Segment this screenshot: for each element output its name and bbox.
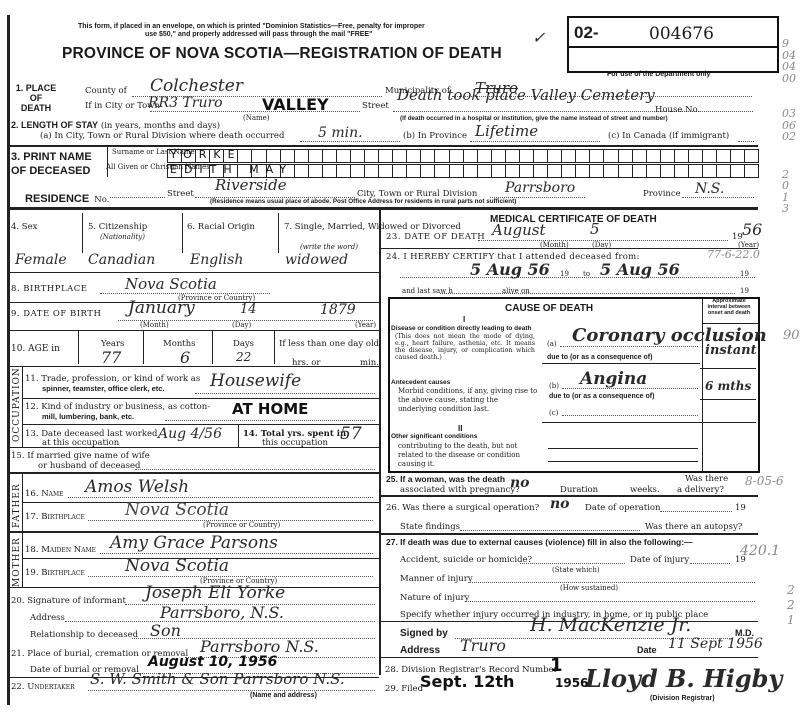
cause-b-value: Angina [580,369,647,389]
street-value: Death took place Valley Cemetery [397,86,655,104]
dept-note: For use of the Department only [607,71,710,78]
part-one: I [463,315,465,324]
house-no-label: House No. [655,105,700,115]
margin-code-420: 420.1 [740,543,780,559]
physician-date-label: Date [637,645,657,655]
pregnancy-value: no [510,475,530,491]
cause-a-interval: instant [705,343,757,358]
date-of-death-label: 23. DATE OF DEATH [386,232,485,242]
mother-name-label: 18. Maiden Name [25,545,96,555]
undertaker-value: S. W. Smith & Son Parrsboro N.S. [90,670,345,688]
spouse-label-1: 15. If married give name of wife [11,451,150,461]
margin-code-1: 1 [787,613,795,627]
mother-side-label: MOTHER [12,537,22,587]
less-than-day-label: If less than one day old [279,339,379,349]
margin-codes: 9 04 04 00 03 06 02 2 0 1 3 [782,38,800,215]
registrar-hint: (Division Registrar) [650,695,715,702]
physician-date-value: 11 Sept 1956 [668,636,763,652]
undertaker-hint: (Name and address) [250,692,317,699]
weeks-label: weeks. [630,485,660,495]
industry-value: AT HOME [232,400,308,418]
surname-boxes [167,149,759,163]
city-value: RR3 Truro [148,95,223,111]
pregnancy-label-2: associated with pregnancy? [400,485,520,495]
residence-province-label: Province [643,189,681,199]
trade-value: Housewife [210,371,301,391]
industry-label-1: 12. Kind of industry or business, as cot… [25,402,210,412]
undertaker-label: 22. Undertaker [11,682,75,692]
physician-address-value: Truro [460,636,506,655]
page-left-edge [7,15,10,705]
filed-year: 1956 [555,676,588,690]
burial-date-value: August 10, 1956 [148,654,277,670]
informant-signature-value: Joseph Eli Yorke [145,583,285,603]
residence-street-label: Street [167,189,194,199]
surname-label: Surname or Last Name [112,148,164,156]
accident-label: Accident, suicide or homicide? [400,555,532,565]
father-birthplace-value: Nova Scotia [125,500,229,520]
father-birthplace-label: 17. Birthplace [25,512,85,522]
stay-canada-label: (c) In Canada (if immigrant) [608,131,729,141]
nature-label: Nature of injury [400,593,469,603]
dob-label: 9. DATE OF BIRTH [11,309,101,319]
citizenship-value: Canadian [88,252,155,268]
county-value: Colchester [150,76,243,96]
citizenship-label: 5. Citizenship [88,222,147,232]
informant-address-value: Parrsboro, N.S. [160,603,284,622]
delivery-label-2: a delivery? [677,485,724,495]
residence-street-value: Riverside [215,176,287,194]
death-day: 5 [590,220,600,238]
direct-cause-note: (This does not mean the mode of dying, e… [395,333,535,361]
mail-notice-1: This form, if placed in an envelope, on … [78,23,425,30]
sex-value: Female [15,252,67,268]
trade-label-1: 11. Trade, profession, or kind of work a… [25,374,200,384]
attended-from: 5 Aug 56 [470,260,550,279]
father-name-label: 16. Name [25,489,64,499]
registrar-signature: Lloyd B. Higby [585,664,782,693]
attended-19: 19 [560,270,569,278]
print-name-label: 3. PRINT NAME OF DECEASED [11,150,92,178]
industry-label-2: mill, lumbering, bank, etc. [42,412,134,421]
hospital-note: (If death occurred in a hospital or inst… [400,115,668,122]
external-causes-label: 27. If death was due to external causes … [386,537,693,547]
cause-c-label: (c) [549,409,558,417]
birthplace-value: Nova Scotia [125,275,217,293]
cause-b-interval: 6 mths [705,379,751,393]
how-sustained-hint: (How sustained) [560,584,618,592]
father-birthplace-hint: (Province or Country) [203,521,280,529]
occupation-side-label: OCCUPATION [12,372,22,442]
other-conditions-note: contributing to the death, but not relat… [398,442,538,469]
relationship-label: Relationship to deceased [30,630,138,640]
age-months-value: 6 [180,348,190,367]
surgery-label: 26. Was there a surgical operation? [386,503,539,513]
dob-day: 14 [240,302,257,317]
citizenship-hint: (Nationality) [100,233,145,241]
father-name-value: Amos Welsh [85,477,189,497]
dob-year: 1879 [320,302,356,318]
informant-signature-label: 20. Signature of informant [11,596,126,606]
attended-to-19: 19 [740,270,749,278]
informant-address-label: Address [30,613,65,623]
death-month: August [492,221,545,239]
relationship-value: Son [150,621,181,640]
autopsy-label: Was there an autopsy? [645,522,742,532]
sex-label: 4. Sex [11,222,37,232]
mother-birthplace-value: Nova Scotia [125,556,229,576]
stay-province-label: (b) In Province [403,131,467,141]
state-which-hint: (State which) [552,566,600,574]
cause-a-label: (a) [547,340,557,348]
cause-b-label: (b) [549,382,559,390]
manner-label: Manner of injury [400,574,473,584]
checkmark-icon: ✓ [532,28,545,47]
spouse-label-2: or husband of deceased [38,461,140,471]
city-extra: VALLEY [262,95,329,114]
age-years-value: 77 [101,348,121,367]
form-title: PROVINCE OF NOVA SCOTIA—REGISTRATION OF … [62,45,502,63]
total-years-value: 57 [340,424,362,444]
given-names-value: EDITH MAY [170,163,293,176]
attended-to: 5 Aug 56 [600,260,680,279]
dob-day-hint: (Day) [232,321,251,329]
marital-status-hint: (write the word) [300,243,358,251]
signed-by-label: Signed by [400,628,448,639]
interval-header: Approximate interval between onset and d… [703,298,755,316]
margin-code-805: 8-05-6 [745,474,784,488]
mail-notice-2: use $50," and properly addressed will pa… [145,31,372,38]
birthplace-label: 8. BIRTHPLACE [11,284,87,294]
dob-month-hint: (Month) [140,321,169,329]
surname-value: YORKE [170,148,242,161]
direct-cause-label: Disease or condition directly leading to… [391,325,532,332]
place-of-death-label: 1. PLACEOFDEATH [11,83,61,113]
physician-signature: H. MacKenzie Jr. [530,614,691,636]
father-side-label: FATHER [12,478,22,528]
delivery-label-1: Was there [685,474,728,484]
name-hint: (Name) [243,114,270,122]
findings-label: State findings [400,522,460,532]
death-year: 56 [742,220,762,239]
age-label: 10. AGE in [11,344,60,354]
attended-to-label: to [583,270,590,278]
duration-label: Duration [560,485,598,495]
reg-prefix: 02- [574,23,599,43]
dob-year-hint: (Year) [355,321,376,329]
stay-city-value: 5 min. [318,125,363,141]
filed-value: Sept. 12th [420,672,514,691]
marital-status-label: 7. Single, Married, Widowed or Divorced [284,222,379,232]
street-label: Street [362,101,389,111]
dob-month: January [128,298,195,318]
residence-province-value: N.S. [695,181,724,197]
age-days-value: 22 [236,350,251,364]
trade-label-2: spinner, teamster, office clerk, etc. [42,384,165,393]
reg-number: 004676 [649,24,714,44]
marital-status-value: widowed [285,252,348,268]
operation-19: 19 [735,503,746,513]
length-of-stay-heading: 2. LENGTH OF STAY (in years, months and … [11,120,220,131]
due-to-a: due to (or as a consequence of) [547,354,652,361]
stay-city-label: (a) In City, Town or Rural Division wher… [40,131,284,141]
residence-city-value: Parrsboro [505,180,575,196]
antecedent-note: Morbid conditions, if any, giving rise t… [398,387,538,414]
given-names-label: All Given or Christian Names [106,163,166,171]
cause-of-death-title: CAUSE OF DEATH [505,303,593,314]
age-days-label: Days [233,339,254,349]
margin-code-2a: 2 [787,583,795,597]
stay-province-value: Lifetime [475,122,538,140]
mother-birthplace-label: 19. Birthplace [25,568,85,578]
due-to-b: due to (or as a consequence of) [549,393,654,400]
county-label: County of [85,86,127,96]
injury-date-label: Date of injury [630,555,689,565]
part-two: II [458,424,462,433]
surgery-value: no [550,496,570,512]
racial-origin-value: English [190,252,243,268]
margin-code-90: 90 [783,328,800,343]
racial-origin-label: 6. Racial Origin [187,222,255,232]
registrar-number-value: 1 [550,655,563,676]
last-worked-value: Aug 4/56 [158,426,222,442]
pregnancy-label-1: 25. If a woman, was the death [386,474,505,484]
margin-code-2b: 2 [787,598,795,612]
filed-label: 29. Filed [385,684,423,694]
antecedent-label: Antecedent causes [391,379,450,386]
physician-address-label: Address [400,645,440,656]
registration-number-box: 02- 004676 [567,16,779,73]
margin-age-code: 77-6-22.0 [707,248,760,261]
other-conditions-label: Other significant conditions [391,433,477,440]
mother-name-value: Amy Grace Parsons [110,533,278,553]
residence-note: (Residence means usual place of abode. P… [210,198,516,205]
last-saw-19: 19 [740,287,749,295]
residence-row: RESIDENCE No. [25,187,109,206]
operation-date-label: Date of operation [585,503,660,513]
